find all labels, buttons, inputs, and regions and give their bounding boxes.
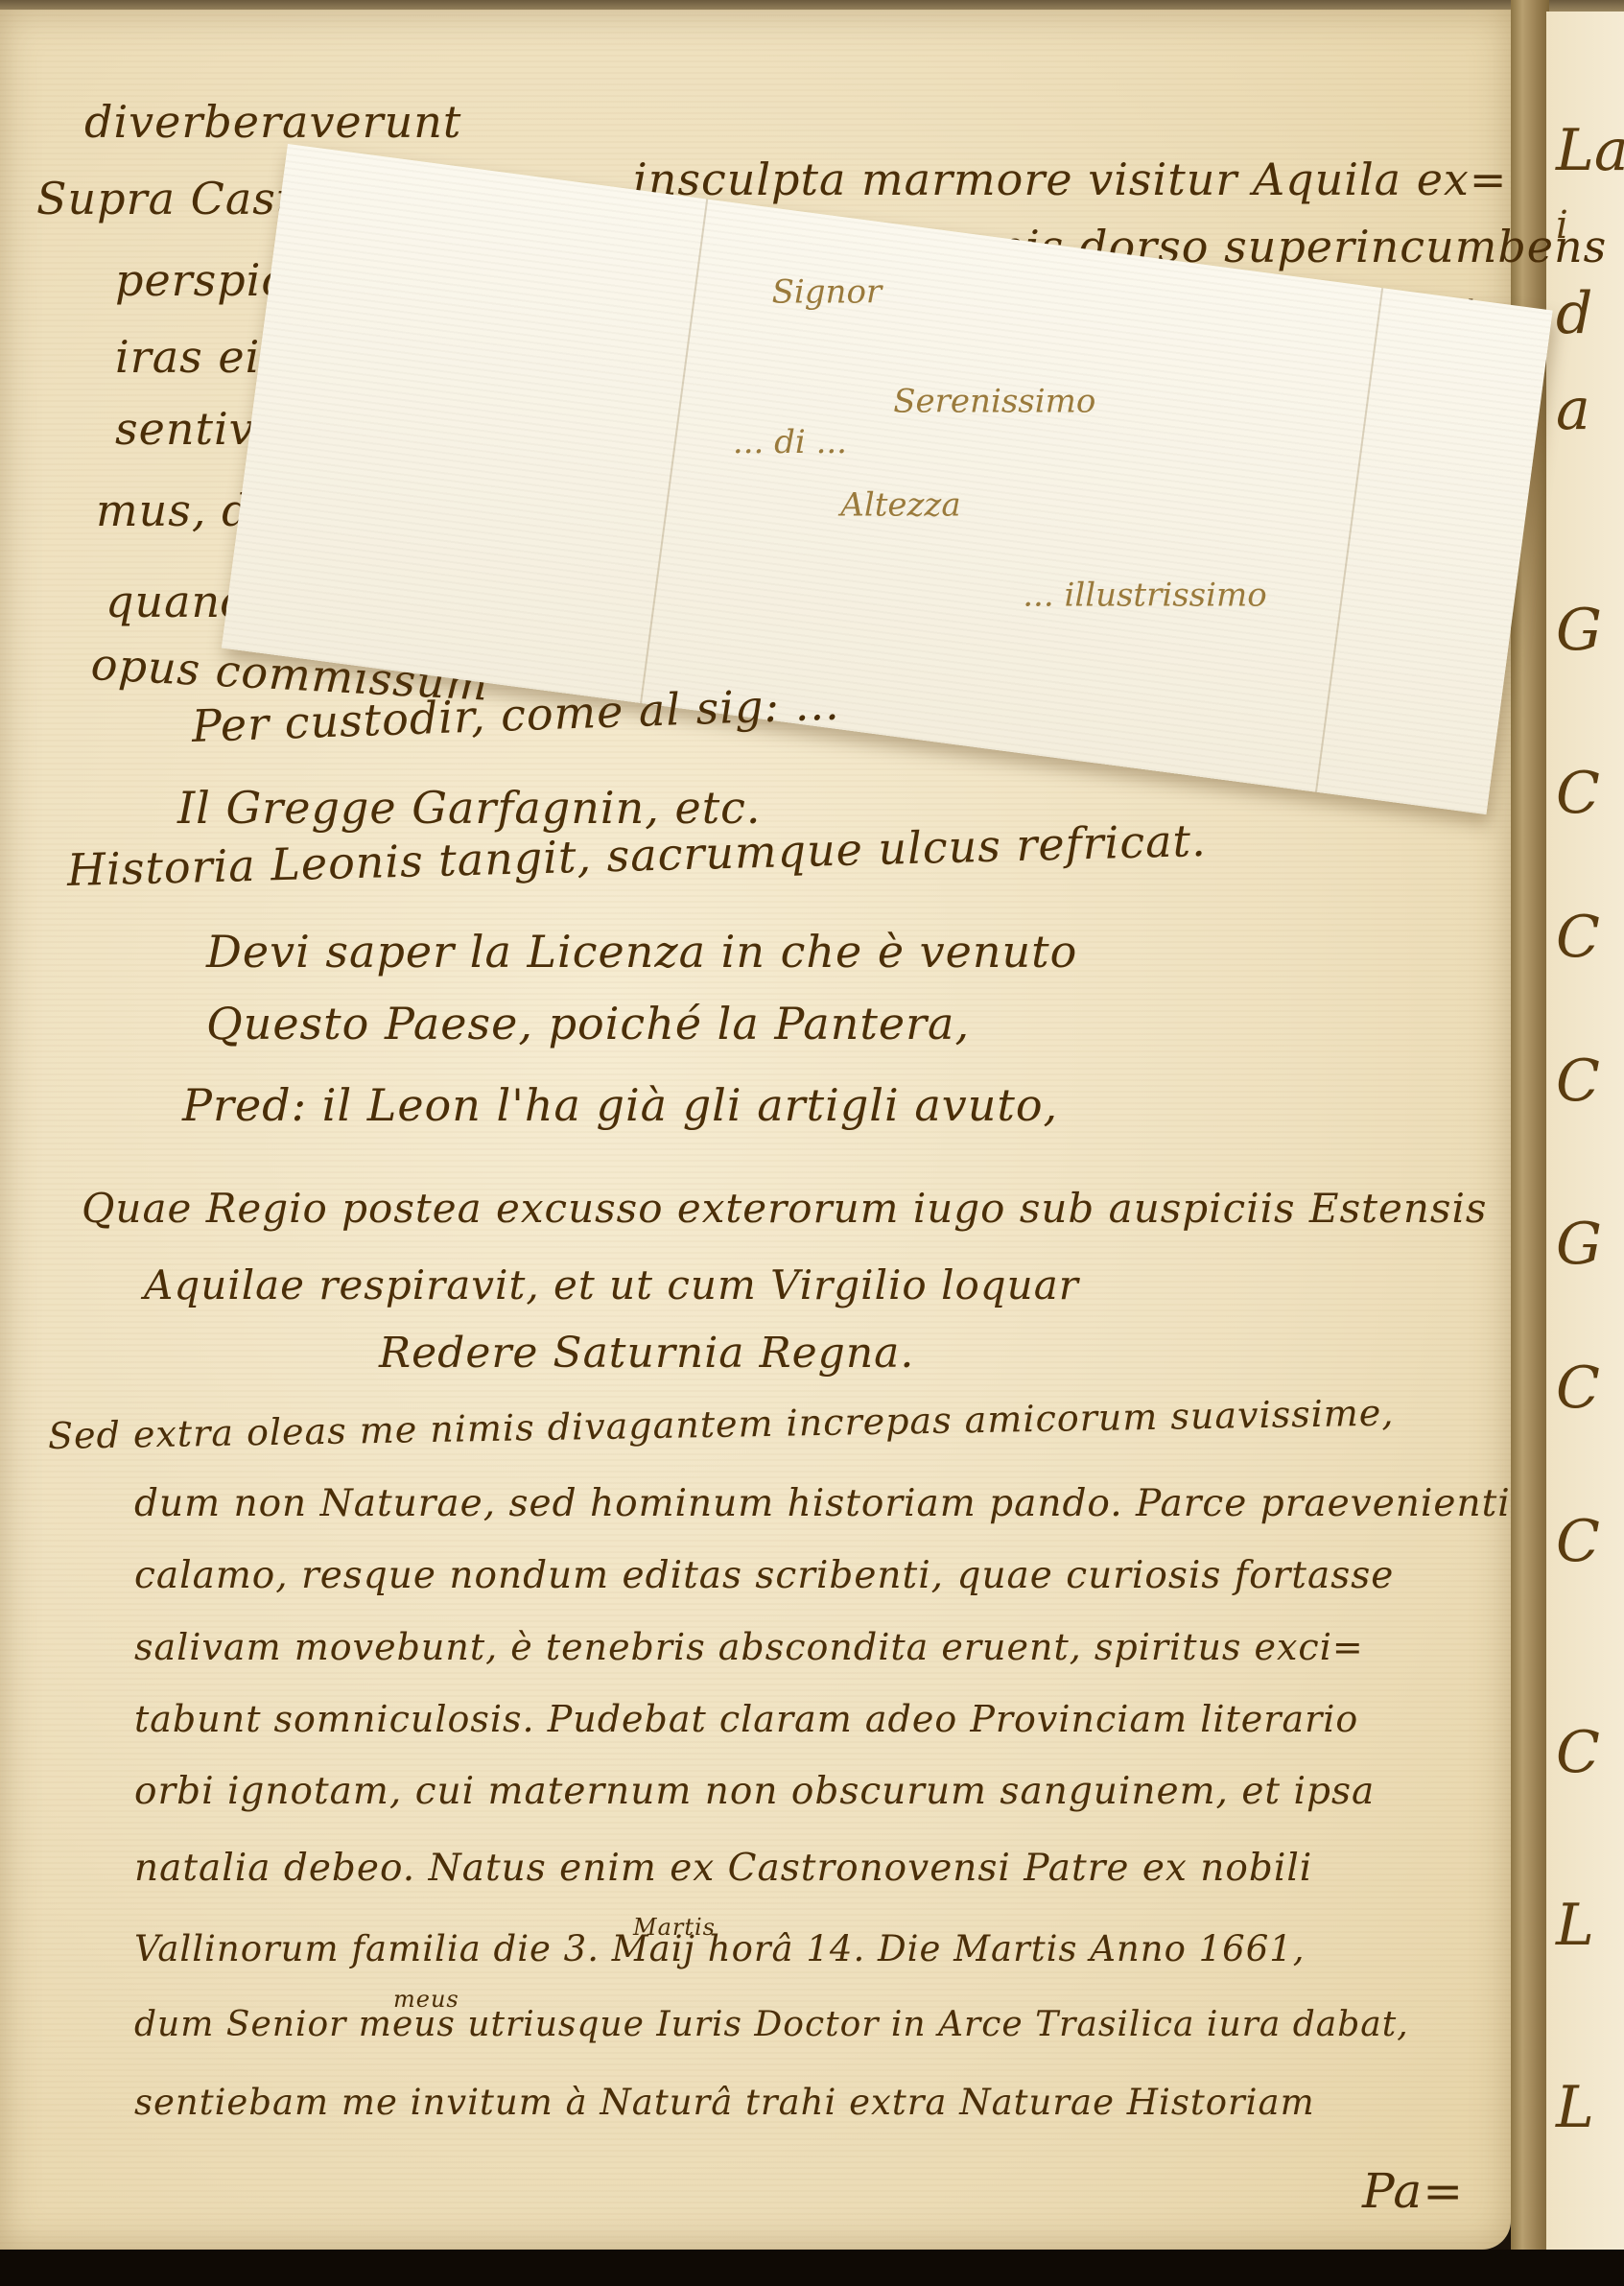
body-line: salivam movebunt, è tenebris abscondita … (134, 1626, 1364, 1668)
slip-fold-line (1315, 288, 1383, 792)
left-fragment: diverberaverunt (84, 96, 461, 148)
facing-letter: La (1556, 117, 1624, 184)
verse-line: Pred: il Leon l'ha già gli artigli avuto… (182, 1079, 1058, 1131)
slip-fold-line (640, 199, 708, 703)
catchword: Pa= (1362, 2163, 1464, 2219)
facing-letter: G (1556, 1211, 1602, 1278)
body-line: Redere Saturnia Regna. (379, 1329, 914, 1378)
body-line: tabunt somniculosis. Pudebat claram adeo… (134, 1698, 1358, 1740)
facing-page-edge: La i d a G C C C G C C C L L (1546, 12, 1624, 2256)
upper-right-line: insculpta marmore visitur Aquila ex= (633, 153, 1507, 205)
verse-line: Devi saper la Licenza in che è venuto (206, 926, 1077, 978)
body-line: Quae Regio postea excusso exterorum iugo… (82, 1185, 1487, 1232)
facing-letter: C (1556, 1508, 1600, 1575)
body-line: dum non Naturae, sed hominum historiam p… (134, 1482, 1511, 1525)
verse-line: Questo Paese, poiché la Pantera, (206, 998, 970, 1049)
slip-inscription-line: ... illustrissimo (1023, 577, 1266, 615)
facing-letter: L (1556, 1892, 1594, 1959)
slip-inscription-line: Serenissimo (893, 382, 1095, 420)
body-line: Aquilae respiravit, et ut cum Virgilio l… (144, 1261, 1079, 1308)
facing-letter: C (1556, 760, 1600, 827)
page-bottom-shadow (0, 2250, 1624, 2286)
body-line: natalia debeo. Natus enim ex Castronoven… (134, 1847, 1312, 1890)
facing-letter: C (1556, 1719, 1600, 1786)
facing-letter: G (1556, 597, 1602, 664)
slip-inscription-line: Altezza (840, 486, 960, 525)
facing-letter: L (1556, 2074, 1594, 2141)
body-line: Vallinorum familia die 3. Maij horâ 14. … (134, 1928, 1306, 1969)
left-fragment: mus, d (96, 484, 251, 536)
body-line: sentiebam me invitum à Naturâ trahi extr… (134, 2082, 1315, 2123)
facing-letter: C (1556, 904, 1600, 971)
facing-letter: d (1556, 280, 1592, 347)
body-line: orbi ignotam, cui maternum non obscurum … (134, 1770, 1375, 1813)
verse-line: Il Gregge Garfagnin, etc. (177, 782, 762, 834)
facing-letter: C (1556, 1355, 1600, 1422)
slip-inscription-line: Signor (772, 273, 883, 312)
facing-letter: a (1556, 376, 1590, 443)
body-line-with-deletion: Vallinorum familia die 3. Maij horâ 14. … (134, 1928, 1306, 1969)
facing-letter: C (1556, 1048, 1600, 1115)
body-line: dum Senior meus utriusque Iuris Doctor i… (134, 2005, 1409, 2044)
slip-inscription-line: ... di ... (733, 423, 847, 461)
body-line: calamo, resque nondum editas scribenti, … (134, 1554, 1394, 1597)
